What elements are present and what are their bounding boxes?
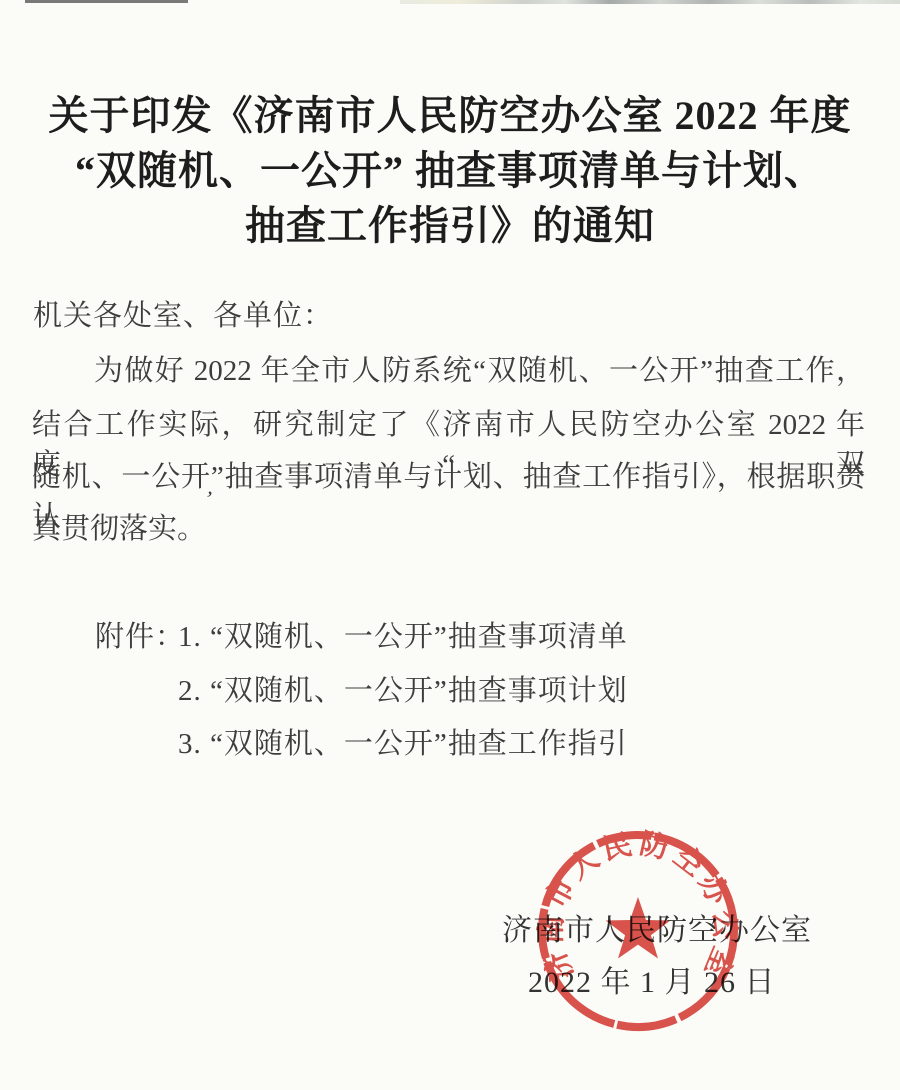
document-title: 关于印发《济南市人民防空办公室 2022 年度 “双随机、一公开” 抽查事项清单… bbox=[0, 88, 900, 253]
paragraph-line-1: 为做好 2022 年全市人防系统“双随机、一公开”抽查工作， bbox=[32, 351, 865, 391]
title-line-1: 关于印发《济南市人民防空办公室 2022 年度 bbox=[0, 88, 900, 143]
scan-artifact-top-right bbox=[400, 0, 900, 4]
scan-artifact-top-left bbox=[25, 0, 188, 3]
salutation: 机关各处室、各单位： bbox=[33, 296, 333, 336]
attachment-item-3: 3. “双随机、一公开”抽查工作指引 bbox=[178, 724, 628, 764]
official-seal: 济南市人民防空办公室 bbox=[527, 820, 749, 1042]
attachments-label: 附件： bbox=[95, 617, 185, 657]
red-star-icon bbox=[606, 897, 671, 959]
scanned-notice-page: { "page": { "background": "#fbfbf8", "te… bbox=[0, 0, 900, 1090]
attachment-item-1: 1. “双随机、一公开”抽查事项清单 bbox=[178, 617, 628, 657]
title-line-2: “双随机、一公开” 抽查事项清单与计划、 bbox=[0, 143, 900, 198]
paragraph-line-4: 真贯彻落实。 bbox=[32, 509, 865, 549]
title-line-3: 抽查工作指引》的通知 bbox=[0, 198, 900, 253]
attachment-item-2: 2. “双随机、一公开”抽查事项计划 bbox=[178, 671, 628, 711]
